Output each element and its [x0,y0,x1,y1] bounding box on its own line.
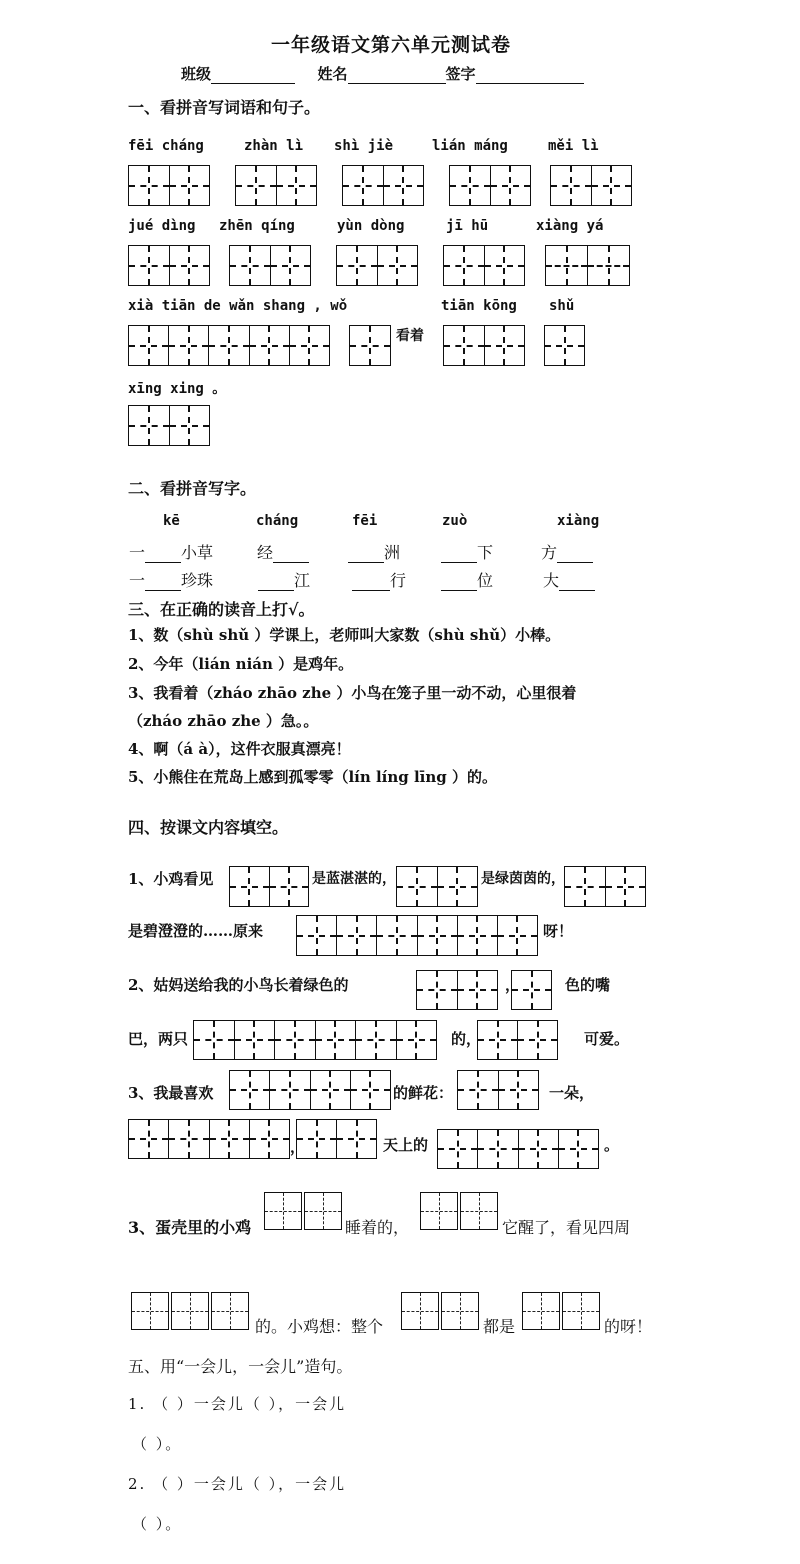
writing-grid[interactable] [550,165,632,206]
pinyin-1-5: měi lì [548,138,599,154]
blank[interactable] [559,571,595,591]
blank[interactable] [273,543,309,563]
s4-item3b-mid1: 睡着的， [345,1215,409,1238]
s3-item-cont[interactable]: （zháo zhāo zhe ）急。。 [128,710,318,731]
s4-item2-suffix: 色的嘴 [565,974,610,995]
s2-pinyin-2: cháng [256,513,298,529]
writing-grid[interactable] [564,866,646,907]
signature-field[interactable] [476,65,584,84]
writing-grid[interactable] [443,325,525,366]
pinyin-3-2: tiān kōng [441,298,517,314]
writing-grid[interactable] [545,245,630,286]
writing-grid[interactable] [457,1070,539,1110]
s3-item[interactable]: 5、小熊住在荒岛上感到孤零零（lín líng līng ）的。 [128,766,497,787]
s4-item3b-line2-suffix: 的呀！ [604,1314,652,1337]
pinyin-1-4: lián máng [432,138,508,154]
writing-grid[interactable] [296,1119,377,1159]
s4-item1-mid2: 是绿茵茵的， [481,868,565,888]
writing-grid[interactable] [128,245,210,286]
pinyin-3-3: shǔ [549,298,574,314]
s2-pinyin-3: fēi [352,513,377,529]
writing-grid[interactable] [437,1129,599,1169]
s4-item3b-line2-mid1: 的。小鸡想：整个 [255,1314,383,1337]
writing-grid[interactable] [349,325,391,366]
s3-item[interactable]: 2、今年（lián nián ）是鸡年。 [128,653,353,674]
writing-grid[interactable] [449,165,531,206]
s4-item3b-mid2: 它醒了，看见四周 [502,1215,630,1238]
s4-item2-line2-suffix: 可爱。 [584,1028,629,1049]
blank[interactable] [348,543,384,563]
s4-item3a-prefix: 3、我最喜欢 [128,1082,213,1103]
section1-heading: 一、看拼音写词语和句子。 [128,95,320,118]
pinyin-2-5: xiàng yá [536,218,603,234]
pinyin-2-4: jī hū [446,218,488,234]
writing-grid[interactable] [477,1020,558,1060]
s4-item2-line2-prefix: 巴，两只 [128,1028,188,1049]
s3-item[interactable]: 4、啊（á à），这件衣服真漂亮！ [128,738,351,759]
s5-item1-line2[interactable]: （ ）。 [132,1433,182,1454]
pinyin-1-1: fēi cháng [128,138,204,154]
writing-grid[interactable] [296,915,538,956]
name-field[interactable] [348,65,446,84]
s2-line2: 一 珍珠 [129,568,213,591]
section5-heading: 五、用“一会儿，一会儿”造句。 [128,1354,352,1377]
writing-grid[interactable] [128,405,210,446]
pinyin-2-1: jué dìng [128,218,195,234]
writing-grid[interactable] [128,325,330,366]
class-label: 班级 [181,65,211,83]
s4-item1-mid1: 是蓝湛湛的， [312,868,396,888]
writing-grid[interactable] [235,165,317,206]
section2-heading: 二、看拼音写字。 [128,476,256,499]
s2-line1: 一 小草 [129,540,213,563]
blank[interactable] [352,571,390,591]
s2-pinyin-1: kē [163,513,180,529]
s2-pinyin-4: zuò [442,513,467,529]
pinyin-4-1: xīng xing 。 [128,378,226,398]
s5-item2-line2[interactable]: （ ）。 [132,1513,182,1534]
blank[interactable] [145,543,181,563]
writing-grid[interactable] [336,245,418,286]
blank[interactable] [258,571,294,591]
s4-item3a-mid1: 的鲜花： [393,1082,453,1103]
blank[interactable] [145,571,181,591]
s4-item2-prefix: 2、姑妈送给我的小鸟长着绿色的 [128,974,348,995]
s4-item1-prefix: 1、小鸡看见 [128,868,213,889]
s4-item3a-mid2: 一朵， [549,1082,594,1103]
pinyin-2-3: yùn dòng [337,218,404,234]
writing-grid[interactable] [342,165,424,206]
pinyin-3-1: xià tiān de wǎn shang , wǒ [128,298,347,314]
pinyin-2-2: zhēn qíng [219,218,295,234]
s4-item3b-line2-mid2: 都是 [483,1314,515,1337]
pinyin-1-3: shì jiè [334,138,393,154]
s3-item[interactable]: 3、我看着（zháo zhāo zhe ）小鸟在笼子里一动不动，心里很着 [128,682,576,703]
writing-grid[interactable] [522,1292,600,1330]
signature-label: 签字 [446,65,476,83]
writing-grid[interactable] [443,245,525,286]
writing-grid[interactable] [401,1292,479,1330]
writing-grid[interactable] [128,1119,290,1159]
writing-grid[interactable] [229,1070,391,1110]
class-field[interactable] [211,65,295,84]
section4-heading: 四、按课文内容填空。 [128,815,288,838]
writing-grid[interactable] [193,1020,437,1060]
s4-item3b-prefix: 3、蛋壳里的小鸡 [128,1218,251,1237]
writing-grid[interactable] [131,1292,249,1330]
s5-item2-line1[interactable]: 2. （ ）一会儿（ ），一会儿 [128,1473,346,1494]
s3-item[interactable]: 1、数（shù shǔ ）学课上，老师叫大家数（shù shǔ）小棒。 [128,624,560,645]
writing-grid[interactable] [264,1192,342,1230]
blank[interactable] [441,571,477,591]
name-label: 姓名 [317,65,347,83]
s4-item3a-line2-suffix: 。 [604,1134,619,1155]
blank[interactable] [441,543,477,563]
s4-item1-line2-suffix: 呀！ [543,920,573,941]
writing-grid[interactable] [229,866,309,907]
s2-pinyin-5: xiàng [557,513,599,529]
writing-grid[interactable] [229,245,311,286]
s4-item1-line2-prefix: 是碧澄澄的……原来 [128,920,263,941]
given-word: 看着 [396,325,424,345]
writing-grid[interactable] [511,970,552,1010]
exam-title: 一年级语文第六单元测试卷 [271,30,511,57]
section3-heading: 三、在正确的读音上打√。 [128,597,315,620]
s4-item3a-line2-mid: 天上的 [383,1134,428,1155]
s5-item1-line1[interactable]: 1. （ ）一会儿（ ），一会儿 [128,1393,346,1414]
writing-grid[interactable] [420,1192,498,1230]
writing-grid[interactable] [396,866,478,907]
writing-grid[interactable] [416,970,498,1010]
pinyin-1-2: zhàn lì [244,138,303,154]
header-fields: 班级 姓名 签字 [181,63,584,84]
blank[interactable] [557,543,593,563]
writing-grid[interactable] [128,165,210,206]
writing-grid[interactable] [544,325,585,366]
